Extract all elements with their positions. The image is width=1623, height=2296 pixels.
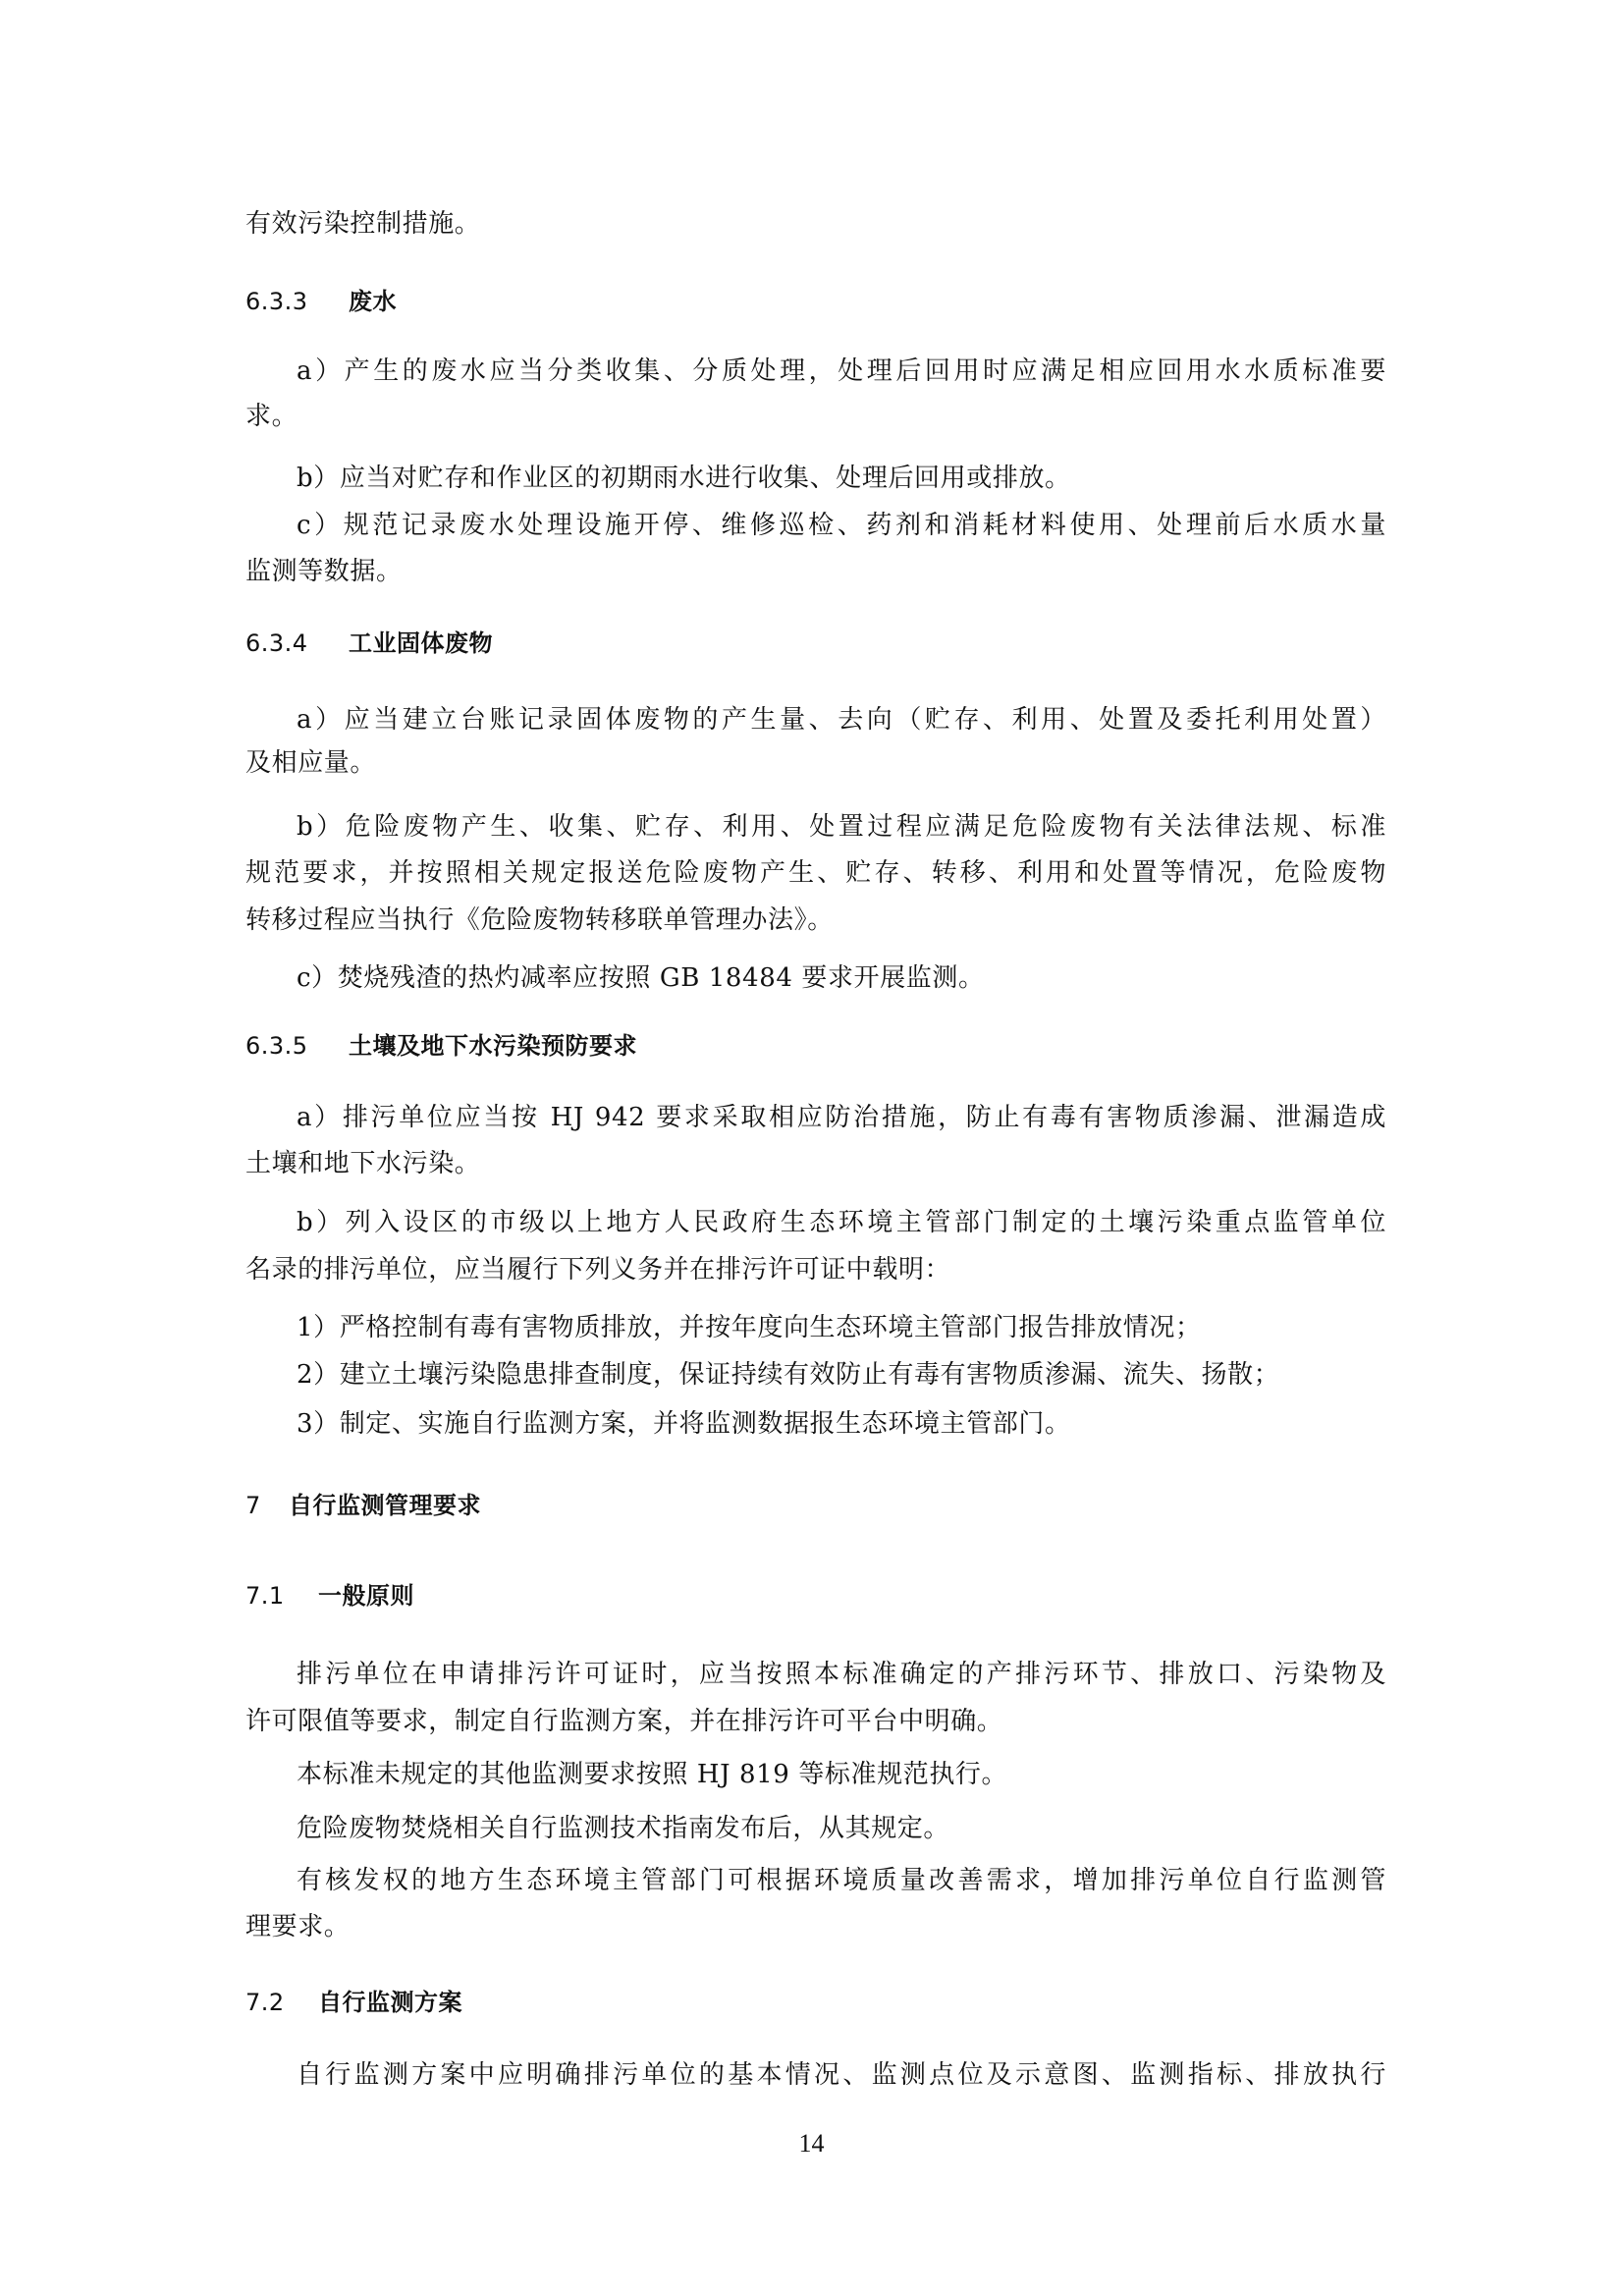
list-item-a: a）排污单位应当按 HJ 942 要求采取相应防治措施，防止有毒有害物质渗漏、泄…: [297, 1101, 1386, 1134]
list-item-c: c）规范记录废水处理设施开停、维修巡检、药剂和消耗材料使用、处理前后水质水量: [297, 509, 1386, 542]
paragraph-line: 名录的排污单位，应当履行下列义务并在排污许可证中载明：: [245, 1253, 1386, 1286]
section-number: 6.3.3: [245, 285, 349, 318]
paragraph-line: 规范要求，并按照相关规定报送危险废物产生、贮存、转移、利用和处置等情况，危险废物: [245, 856, 1386, 890]
section-title: 自行监测方案: [318, 1989, 462, 2016]
section-title: 一般原则: [318, 1582, 414, 1610]
section-number: 7.1: [245, 1579, 318, 1613]
paragraph-line: 危险废物焚烧相关自行监测技术指南发布后，从其规定。: [297, 1812, 1386, 1845]
paragraph-line: 监测等数据。: [245, 555, 1386, 588]
paragraph-line: 排污单位在申请排污许可证时，应当按照本标准确定的产排污环节、排放口、污染物及: [297, 1658, 1386, 1691]
paragraph-line: 及相应量。: [245, 746, 1386, 780]
paragraph-line: 有核发权的地方生态环境主管部门可根据环境质量改善需求，增加排污单位自行监测管: [297, 1864, 1386, 1897]
paragraph-line: 理要求。: [245, 1910, 1386, 1943]
page-number: 14: [0, 2129, 1623, 2159]
section-title: 自行监测管理要求: [289, 1492, 481, 1519]
list-item-a: a）产生的废水应当分类收集、分质处理，处理后回用时应满足相应回用水水质标准要: [297, 355, 1386, 388]
section-title: 废水: [349, 288, 397, 315]
list-item-a: a）应当建立台账记录固体废物的产生量、去向（贮存、利用、处置及委托利用处置）: [297, 703, 1386, 737]
numbered-item-2: 2）建立土壤污染隐患排查制度，保证持续有效防止有毒有害物质渗漏、流失、扬散；: [297, 1358, 1386, 1392]
paragraph-line: 许可限值等要求，制定自行监测方案，并在排污许可平台中明确。: [245, 1705, 1386, 1738]
paragraph-line: 转移过程应当执行《危险废物转移联单管理办法》。: [245, 903, 1386, 937]
paragraph-line: 土壤和地下水污染。: [245, 1147, 1386, 1180]
paragraph-line: 求。: [245, 400, 1386, 433]
section-title: 土壤及地下水污染预防要求: [349, 1032, 637, 1060]
paragraph-line: 本标准未规定的其他监测要求按照 HJ 819 等标准规范执行。: [297, 1758, 1386, 1791]
list-item-c: c）焚烧残渣的热灼减率应按照 GB 18484 要求开展监测。: [297, 961, 1386, 995]
chapter-heading-7: 7自行监测管理要求: [245, 1489, 1386, 1522]
list-item-b: b）危险废物产生、收集、贮存、利用、处置过程应满足危险废物有关法律法规、标准: [297, 810, 1386, 844]
list-item-b: b）应当对贮存和作业区的初期雨水进行收集、处理后回用或排放。: [297, 462, 1386, 495]
paragraph-line: 自行监测方案中应明确排污单位的基本情况、监测点位及示意图、监测指标、排放执行: [297, 2058, 1386, 2092]
numbered-item-1: 1）严格控制有毒有害物质排放，并按年度向生态环境主管部门报告排放情况；: [297, 1311, 1386, 1344]
section-number: 6.3.5: [245, 1029, 349, 1063]
numbered-item-3: 3）制定、实施自行监测方案，并将监测数据报生态环境主管部门。: [297, 1407, 1386, 1441]
section-heading-7-1: 7.1一般原则: [245, 1579, 1386, 1613]
section-heading-6-3-4: 6.3.4工业固体废物: [245, 627, 1386, 660]
section-number: 7: [245, 1489, 289, 1522]
section-heading-7-2: 7.2自行监测方案: [245, 1986, 1386, 2019]
section-number: 7.2: [245, 1986, 318, 2019]
section-heading-6-3-3: 6.3.3废水: [245, 285, 1386, 318]
section-number: 6.3.4: [245, 627, 349, 660]
section-title: 工业固体废物: [349, 629, 493, 657]
paragraph-continuation: 有效污染控制措施。: [245, 207, 1386, 241]
section-heading-6-3-5: 6.3.5土壤及地下水污染预防要求: [245, 1029, 1386, 1063]
list-item-b: b）列入设区的市级以上地方人民政府生态环境主管部门制定的土壤污染重点监管单位: [297, 1206, 1386, 1239]
